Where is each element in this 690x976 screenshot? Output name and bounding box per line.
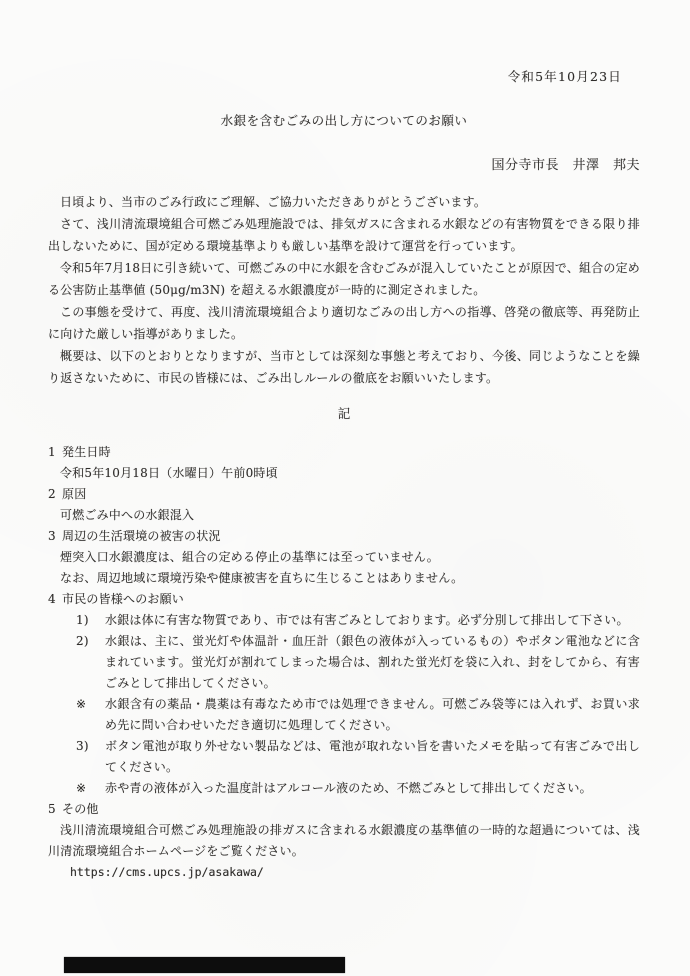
document-title: 水銀を含むごみの出し方についてのお願い [48,110,640,132]
section-number: 3 [48,526,62,547]
section-subitem: ※水銀含有の薬品・農薬は有毒なため市では処理できません。可燃ごみ袋等には入れず、… [76,694,640,736]
subitem-text: 赤や青の液体が入った温度計はアルコール液のため、不燃ごみとして排出してください。 [105,778,640,799]
intro-paragraph: 日頃より、当市のごみ行政にご理解、ご協力いただきありがとうございます。 [48,191,640,213]
intro-paragraph: 概要は、以下のとおりとなりますが、当市としては深刻な事態と考えており、今後、同じ… [48,345,640,389]
intro-section: 日頃より、当市のごみ行政にご理解、ご協力いただきありがとうございます。さて、浅川… [48,191,640,389]
subitem-marker: 2) [76,631,105,694]
subitem-text: 水銀は、主に、蛍光灯や体温計・血圧計（銀色の液体が入っているもの）やボタン電池な… [105,631,640,694]
section-2: 2原因可燃ごみ中への水銀混入 [48,484,640,526]
section-line: なお、周辺地域に環境汚染や健康被害を直ちに生じることはありません。 [48,568,640,589]
section-line: 煙突入口水銀濃度は、組合の定める停止の基準には至っていません。 [48,547,640,568]
intro-paragraph: この事態を受けて、再度、浅川清流環境組合より適切なごみの出し方への指導、啓発の徹… [48,301,640,345]
intro-paragraph: さて、浅川清流環境組合可燃ごみ処理施設では、排気ガスに含まれる水銀などの有害物質… [48,213,640,257]
section-number: 4 [48,589,62,610]
section-heading: 5その他 [48,799,640,820]
homepage-url: https://cms.upcs.jp/asakawa/ [70,862,640,883]
section-1: 1発生日時令和5年10月18日（水曜日）午前0時頃 [48,442,640,484]
subitem-text: 水銀含有の薬品・農薬は有毒なため市では処理できません。可燃ごみ袋等には入れず、お… [105,694,640,736]
issue-date: 令和5年10月23日 [48,66,640,88]
section-number: 2 [48,484,62,505]
section-line: 浅川清流環境組合可燃ごみ処理施設の排ガスに含まれる水銀濃度の基準値の一時的な超過… [48,820,640,862]
section-number: 1 [48,442,62,463]
section-heading: 2原因 [48,484,640,505]
section-5: 5その他浅川清流環境組合可燃ごみ処理施設の排ガスに含まれる水銀濃度の基準値の一時… [48,799,640,883]
section-heading-text: 市民の皆様へのお願い [62,592,184,606]
section-subitem: ※赤や青の液体が入った温度計はアルコール液のため、不燃ごみとして排出してください… [76,778,640,799]
record-marker: 記 [48,403,640,425]
section-heading-text: 周辺の生活環境の被害の状況 [62,529,221,543]
signature-line: 国分寺市長 井澤 邦夫 [48,155,640,177]
section-heading-text: 発生日時 [62,445,111,459]
section-heading-text: その他 [62,802,99,816]
section-subitem: 1)水銀は体に有害な物質であり、市では有害ごみとしております。必ず分別して排出し… [76,610,640,631]
section-line: 令和5年10月18日（水曜日）午前0時頃 [48,463,640,484]
body-sections: 1発生日時令和5年10月18日（水曜日）午前0時頃2原因可燃ごみ中への水銀混入3… [48,442,640,883]
section-number: 5 [48,799,62,820]
section-3: 3周辺の生活環境の被害の状況煙突入口水銀濃度は、組合の定める停止の基準には至って… [48,526,640,589]
section-subitem: 2)水銀は、主に、蛍光灯や体温計・血圧計（銀色の液体が入っているもの）やボタン電… [76,631,640,694]
subitem-text: ボタン電池が取り外せない製品などは、電池が取れない旨を書いたメモを貼って有害ごみ… [105,736,640,778]
section-subitem: 3)ボタン電池が取り外せない製品などは、電池が取れない旨を書いたメモを貼って有害… [76,736,640,778]
section-heading-text: 原因 [62,487,86,501]
subitem-text: 水銀は体に有害な物質であり、市では有害ごみとしております。必ず分別して排出して下… [105,610,640,631]
subitem-marker: ※ [76,694,105,736]
section-heading: 3周辺の生活環境の被害の状況 [48,526,640,547]
scan-artifact-bar [64,957,345,973]
section-line: 可燃ごみ中への水銀混入 [48,505,640,526]
section-heading: 1発生日時 [48,442,640,463]
section-4: 4市民の皆様へのお願い1)水銀は体に有害な物質であり、市では有害ごみとしておりま… [48,589,640,799]
subitem-marker: 1) [76,610,105,631]
document-page: 令和5年10月23日 水銀を含むごみの出し方についてのお願い 国分寺市長 井澤 … [0,0,690,976]
section-heading: 4市民の皆様へのお願い [48,589,640,610]
subitem-marker: ※ [76,778,105,799]
subitem-marker: 3) [76,736,105,778]
intro-paragraph: 令和5年7月18日に引き続いて、可燃ごみの中に水銀を含むごみが混入していたことが… [48,257,640,301]
